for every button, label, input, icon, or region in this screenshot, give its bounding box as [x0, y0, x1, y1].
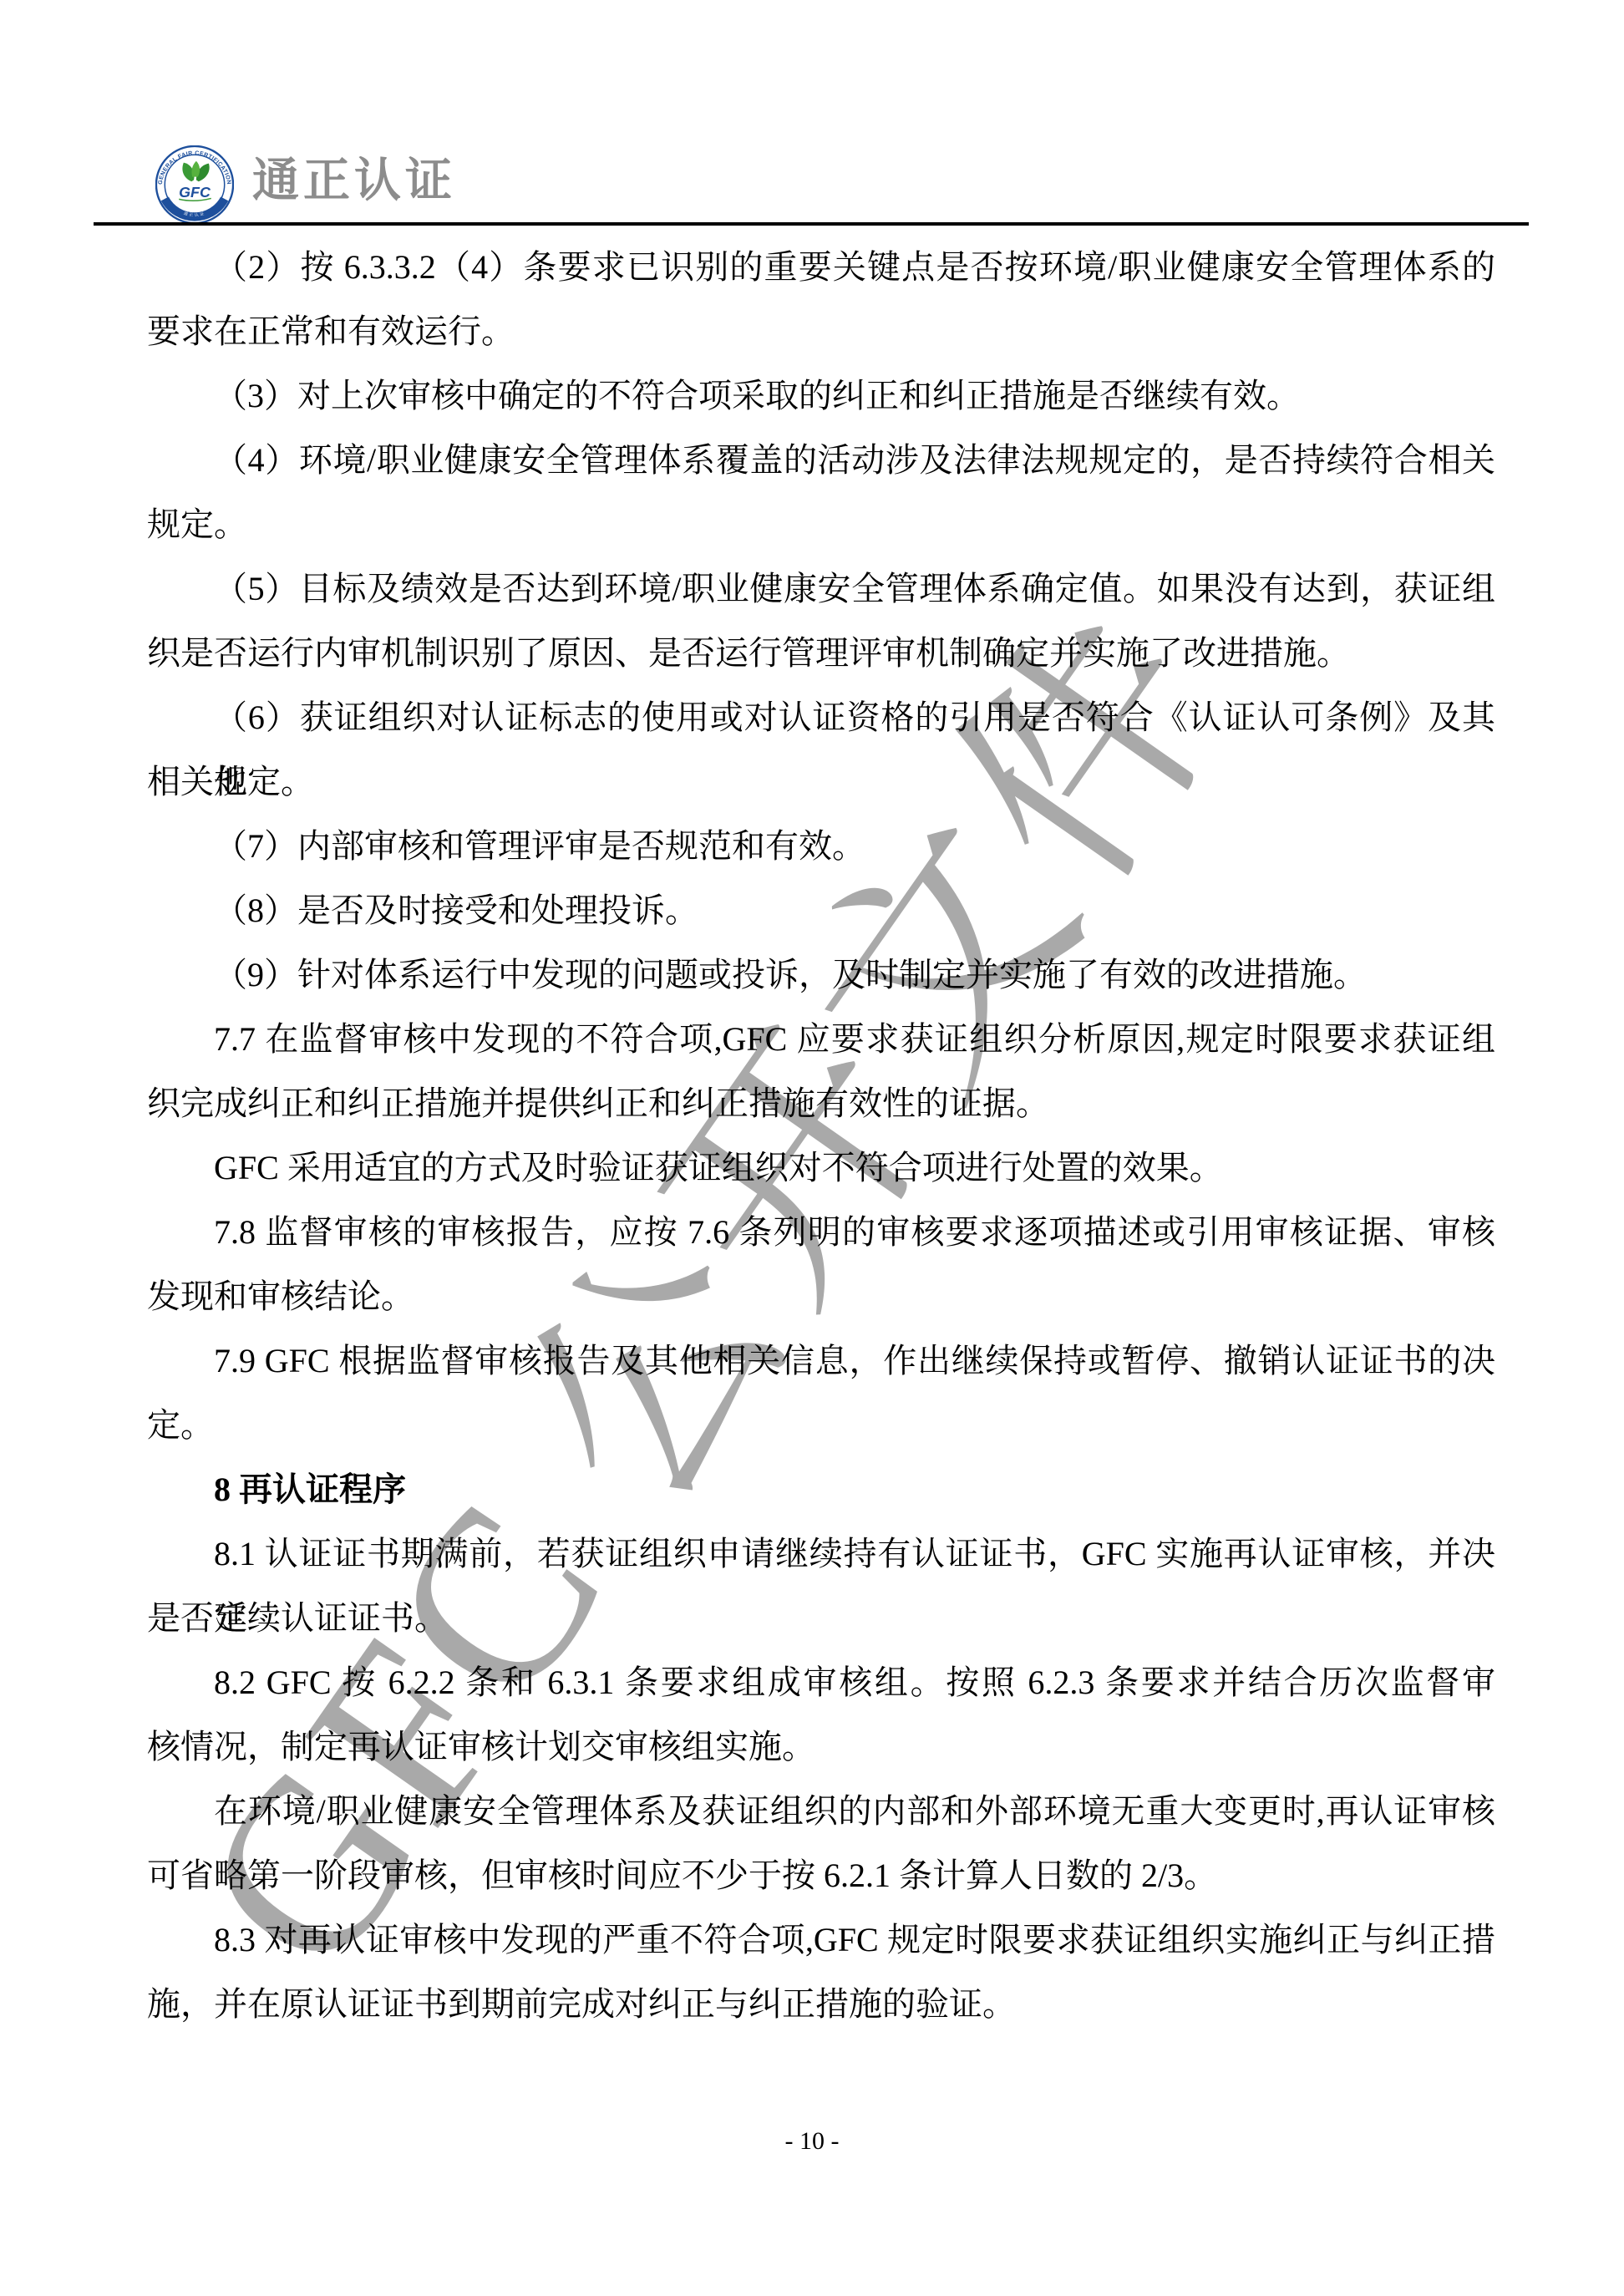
text-line: GFC 采用适宜的方式及时验证获证组织对不符合项进行处置的效果。	[147, 1135, 1495, 1200]
text-line: 织完成纠正和纠正措施并提供纠正和纠正措施有效性的证据。	[147, 1071, 1495, 1135]
text-line: （9）针对体系运行中发现的问题或投诉，及时制定并实施了有效的改进措施。	[147, 942, 1495, 1007]
text-line: 相关规定。	[147, 749, 1495, 814]
text-line: 是否延续认证证书。	[147, 1586, 1495, 1650]
gfc-emblem-icon: GENERAL FAIR CERTIFICATION 通正认证 GFC	[155, 145, 234, 224]
emblem-monogram: GFC	[179, 184, 211, 201]
text-line: （6）获证组织对认证标志的使用或对认证资格的引用是否符合《认证认可条例》及其他	[147, 685, 1495, 749]
text-line: 8.3 对再认证审核中发现的严重不符合项,GFC 规定时限要求获证组织实施纠正与…	[147, 1907, 1495, 1972]
text-line: 织是否运行内审机制识别了原因、是否运行管理评审机制确定并实施了改进措施。	[147, 621, 1495, 685]
text-line: 7.8 监督审核的审核报告，应按 7.6 条列明的审核要求逐项描述或引用审核证据…	[147, 1200, 1495, 1264]
text-line: 7.9 GFC 根据监督审核报告及其他相关信息，作出继续保持或暂停、撤销认证证书…	[147, 1328, 1495, 1393]
text-line: （8）是否及时接受和处理投诉。	[147, 878, 1495, 942]
text-line: （7）内部审核和管理评审是否规范和有效。	[147, 814, 1495, 878]
text-line: 定。	[147, 1393, 1495, 1457]
text-line: 施，并在原认证证书到期前完成对纠正与纠正措施的验证。	[147, 1972, 1495, 2036]
text-line: 8.2 GFC 按 6.2.2 条和 6.3.1 条要求组成审核组。按照 6.2…	[147, 1650, 1495, 1714]
text-line: 8 再认证程序	[147, 1457, 1495, 1521]
header-rule	[94, 222, 1529, 226]
text-line: 可省略第一阶段审核，但审核时间应不少于按 6.2.1 条计算人日数的 2/3。	[147, 1843, 1495, 1907]
text-line: （4）环境/职业健康安全管理体系覆盖的活动涉及法律法规规定的，是否持续符合相关	[147, 428, 1495, 492]
text-line: 要求在正常和有效运行。	[147, 299, 1495, 363]
body-lines: （2）按 6.3.3.2（4）条要求已识别的重要关键点是否按环境/职业健康安全管…	[147, 235, 1495, 2036]
text-line: （5）目标及绩效是否达到环境/职业健康安全管理体系确定值。如果没有达到，获证组	[147, 556, 1495, 621]
text-line: 规定。	[147, 492, 1495, 556]
document-page: GENERAL FAIR CERTIFICATION 通正认证 GFC 通正认证…	[0, 0, 1624, 2296]
text-line: 在环境/职业健康安全管理体系及获证组织的内部和外部环境无重大变更时,再认证审核	[147, 1779, 1495, 1843]
text-line: （3）对上次审核中确定的不符合项采取的纠正和纠正措施是否继续有效。	[147, 363, 1495, 428]
text-line: 7.7 在监督审核中发现的不符合项,GFC 应要求获证组织分析原因,规定时限要求…	[147, 1007, 1495, 1071]
text-line: 发现和审核结论。	[147, 1264, 1495, 1328]
text-line: 8.1 认证证书期满前，若获证组织申请继续持有认证证书，GFC 实施再认证审核，…	[147, 1521, 1495, 1586]
text-line: （2）按 6.3.3.2（4）条要求已识别的重要关键点是否按环境/职业健康安全管…	[147, 235, 1495, 299]
text-line: 核情况，制定再认证审核计划交审核组实施。	[147, 1714, 1495, 1779]
logo-wordmark: 通正认证	[252, 157, 456, 204]
page-number: - 10 -	[0, 2127, 1624, 2156]
